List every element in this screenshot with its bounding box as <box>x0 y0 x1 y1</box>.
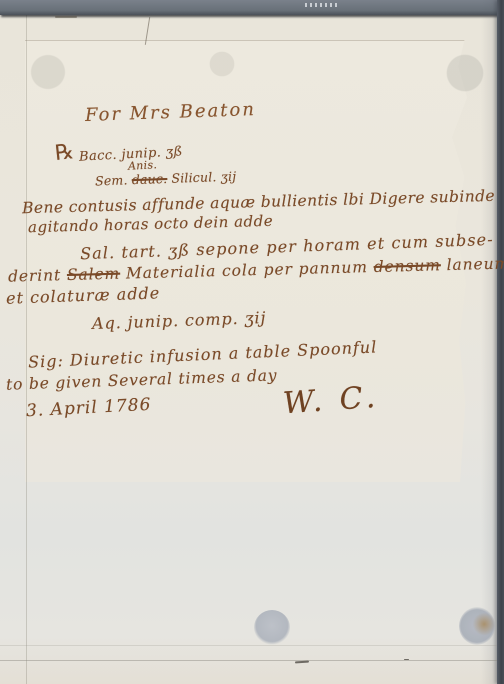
top-edge-smudge <box>55 16 77 18</box>
ingredient-seeds-suffix: Silicul. ʒij <box>167 169 237 186</box>
page-crease-left <box>26 15 27 684</box>
mount-band-top <box>0 0 504 15</box>
signature-initials: W. C. <box>282 380 380 422</box>
struck-out-word: dauc. <box>132 171 168 187</box>
paste-blob-bottom-right <box>459 607 495 645</box>
struck-out-word: Salem <box>67 265 121 284</box>
ink-speck <box>404 659 409 660</box>
direction4-prefix: derint <box>8 266 67 286</box>
ingredient-seeds-prefix: Sem. <box>95 172 132 188</box>
struck-out-word: densum <box>373 256 441 276</box>
paste-stain-top-left <box>28 52 68 92</box>
paste-blob-bottom-center <box>254 610 290 645</box>
manuscript-photo: For Mrs Beaton ℞ Bacc. junip. ʒß Anis. S… <box>0 0 504 684</box>
ink-speck <box>295 661 309 664</box>
fold-line-upper <box>0 645 497 646</box>
paste-stain-top-center <box>207 50 237 78</box>
paste-stain-top-right <box>443 52 487 94</box>
page-right-edge-shadow <box>481 0 497 684</box>
mount-band-right <box>497 0 504 684</box>
direction4-suffix: laneum <box>441 254 504 274</box>
rx-prescription-symbol: ℞ <box>54 139 75 165</box>
fold-line-lower <box>0 660 497 661</box>
mount-band-ticks <box>305 3 339 7</box>
